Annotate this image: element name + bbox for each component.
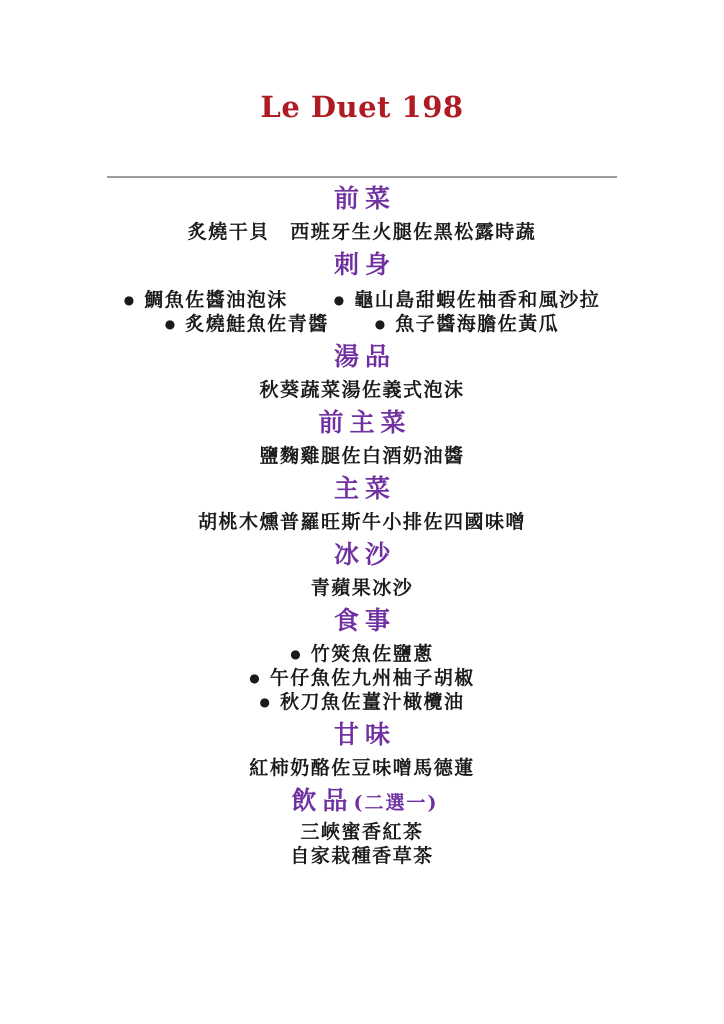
menu-item-sashimi-2: ●龜山島甜蝦佐柚香和風沙拉 <box>334 288 601 312</box>
drinks-heading-label: 飲品 <box>292 786 354 815</box>
divider-line <box>107 176 617 178</box>
sashimi-row-1: ●鯛魚佐醬油泡沫 ●龜山島甜蝦佐柚香和風沙拉 <box>0 288 724 312</box>
drinks-choose-one-note: (二選一) <box>354 792 439 814</box>
section-heading-sashimi: 刺身 <box>0 250 724 280</box>
sashimi-row-2: ●炙燒鮭魚佐青醬 ●魚子醬海膽佐黃瓜 <box>0 312 724 336</box>
menu-item-sashimi-1: ●鯛魚佐醬油泡沫 <box>124 288 288 312</box>
section-heading-pre-main: 前主菜 <box>0 408 724 438</box>
menu-item-main: 胡桃木燻普羅旺斯牛小排佐四國味噌 <box>0 510 724 534</box>
bullet-icon: ● <box>375 312 385 336</box>
bullet-icon: ● <box>334 288 344 312</box>
section-heading-drinks: 飲品(二選一) <box>0 786 724 818</box>
menu-item-rice-2: ●午仔魚佐九州柚子胡椒 <box>0 666 724 690</box>
bullet-icon: ● <box>124 288 134 312</box>
bullet-icon: ● <box>260 690 270 714</box>
menu-item-sorbet: 青蘋果冰沙 <box>0 576 724 600</box>
section-heading-sorbet: 冰沙 <box>0 540 724 570</box>
menu-item-drink-1: 三峽蜜香紅茶 <box>0 820 724 844</box>
menu-item-appetizer: 炙燒干貝 西班牙生火腿佐黑松露時蔬 <box>0 220 724 244</box>
menu-item-drink-2: 自家栽種香草茶 <box>0 844 724 868</box>
page-title: Le Duet 198 <box>0 0 724 124</box>
section-heading-dessert: 甘味 <box>0 720 724 750</box>
menu-item-label: 秋刀魚佐薑汁橄欖油 <box>280 691 465 713</box>
menu-item-rice-1: ●竹筴魚佐鹽蔥 <box>0 642 724 666</box>
section-heading-appetizer: 前菜 <box>0 184 724 214</box>
menu-item-label: 炙燒鮭魚佐青醬 <box>185 313 329 335</box>
bullet-icon: ● <box>249 666 259 690</box>
menu-item-sashimi-3: ●炙燒鮭魚佐青醬 <box>165 312 329 336</box>
bullet-icon: ● <box>290 642 300 666</box>
section-heading-rice-course: 食事 <box>0 606 724 636</box>
menu-item-sashimi-4: ●魚子醬海膽佐黃瓜 <box>375 312 560 336</box>
section-heading-main: 主菜 <box>0 474 724 504</box>
menu-page: Le Duet 198 前菜 炙燒干貝 西班牙生火腿佐黑松露時蔬 刺身 ●鯛魚佐… <box>0 0 724 1024</box>
bullet-icon: ● <box>165 312 175 336</box>
menu-item-label: 龜山島甜蝦佐柚香和風沙拉 <box>354 289 600 311</box>
menu-item-pre-main: 鹽麴雞腿佐白酒奶油醬 <box>0 444 724 468</box>
menu-item-label: 鯛魚佐醬油泡沫 <box>144 289 288 311</box>
menu-item-label: 魚子醬海膽佐黃瓜 <box>395 313 559 335</box>
menu-item-label: 竹筴魚佐鹽蔥 <box>311 643 434 665</box>
menu-item-label: 午仔魚佐九州柚子胡椒 <box>270 667 475 689</box>
menu-item-rice-3: ●秋刀魚佐薑汁橄欖油 <box>0 690 724 714</box>
section-heading-soup: 湯品 <box>0 342 724 372</box>
menu-item-soup: 秋葵蔬菜湯佐義式泡沫 <box>0 378 724 402</box>
menu-item-dessert: 紅柿奶酪佐豆味噌馬德蓮 <box>0 756 724 780</box>
